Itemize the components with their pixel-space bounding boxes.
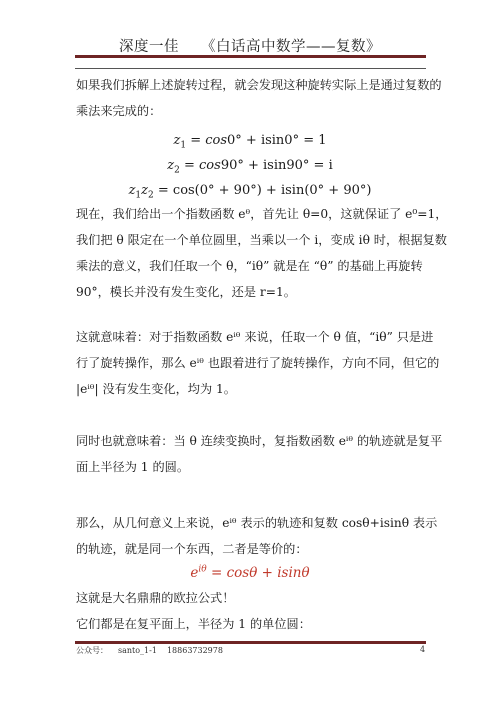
paragraph-exponential: 现在，我们给出一个指数函数 eᶿ，首先让 θ=0，这就保证了 e⁰=1， 我们把… <box>76 201 428 305</box>
header-author: 深度一佳 <box>119 39 179 55</box>
text-line: 这就是大名鼎鼎的欧拉公式！ <box>76 585 428 611</box>
text-line: 90°，模长并没有发生变化，还是 r=1。 <box>76 279 428 305</box>
footer-phone: 18863732978 <box>167 646 223 655</box>
text-line: 乘法来完成的： <box>76 98 428 124</box>
footer-label: 公众号： <box>76 646 108 655</box>
equation-z1z2: z1z2 = cos(0° + 90°) + isin(0° + 90°) <box>0 183 500 201</box>
footer-rule-maroon <box>75 641 426 644</box>
header-book-title: 《白话高中数学——复数》 <box>201 39 381 55</box>
text-line: 这就意味着：对于指数函数 eⁱᶿ 来说，任取一个 θ 值，“iθ” 只是进 <box>76 324 428 350</box>
text-line: 那么，从几何意义上来说，eⁱᶿ 表示的轨迹和复数 cosθ+isinθ 表示 <box>76 510 428 536</box>
footer-account: santo_1-1 <box>118 646 157 655</box>
header-rule-gray <box>75 68 426 69</box>
text-line: |eⁱᶿ| 没有发生变化，均为 1。 <box>76 376 428 402</box>
equation-z1: z1 = cos0° + isin0° = 1 <box>0 133 500 151</box>
text-line: 的轨迹，就是同一个东西，二者是等价的： <box>76 536 428 562</box>
footer-info: 公众号：santo_1-118863732978 <box>76 645 233 656</box>
text-line: 现在，我们给出一个指数函数 eᶿ，首先让 θ=0，这就保证了 e⁰=1， <box>76 201 428 227</box>
text-line: 同时也就意味着：当 θ 连续变换时，复指数函数 eⁱᶿ 的轨迹就是复平 <box>76 428 428 454</box>
paragraph-trajectory: 同时也就意味着：当 θ 连续变换时，复指数函数 eⁱᶿ 的轨迹就是复平 面上半径… <box>76 428 428 480</box>
paragraph-meaning: 这就意味着：对于指数函数 eⁱᶿ 来说，任取一个 θ 值，“iθ” 只是进 行了… <box>76 324 428 402</box>
equation-z2: z2 = cos90° + isin90° = i <box>0 158 500 176</box>
paragraph-intro: 如果我们拆解上述旋转过程，就会发现这种旋转实际上是通过复数的 乘法来完成的： <box>76 72 428 124</box>
text-line: 行了旋转操作，那么 eⁱᶿ 也跟着进行了旋转操作，方向不同，但它的 <box>76 350 428 376</box>
page-number: 4 <box>420 645 425 654</box>
page-header-title: 深度一佳《白话高中数学——复数》 <box>0 35 500 56</box>
paragraph-euler-conclusion: 这就是大名鼎鼎的欧拉公式！ 它们都是在复平面上，半径为 1 的单位圆： <box>76 585 428 637</box>
text-line: 它们都是在复平面上，半径为 1 的单位圆： <box>76 611 428 637</box>
text-line: 如果我们拆解上述旋转过程，就会发现这种旋转实际上是通过复数的 <box>76 72 428 98</box>
equation-euler: eiθ = cosθ + isinθ <box>0 564 500 581</box>
text-line: 乘法的意义，我们任取一个 θ，“iθ” 就是在 “θ” 的基础上再旋转 <box>76 253 428 279</box>
text-line: 我们把 θ 限定在一个单位圆里，当乘以一个 i，变成 iθ 时，根据复数 <box>76 227 428 253</box>
paragraph-geometric: 那么，从几何意义上来说，eⁱᶿ 表示的轨迹和复数 cosθ+isinθ 表示 的… <box>76 510 428 562</box>
header-rule-maroon <box>75 55 426 58</box>
text-line: 面上半径为 1 的圆。 <box>76 454 428 480</box>
